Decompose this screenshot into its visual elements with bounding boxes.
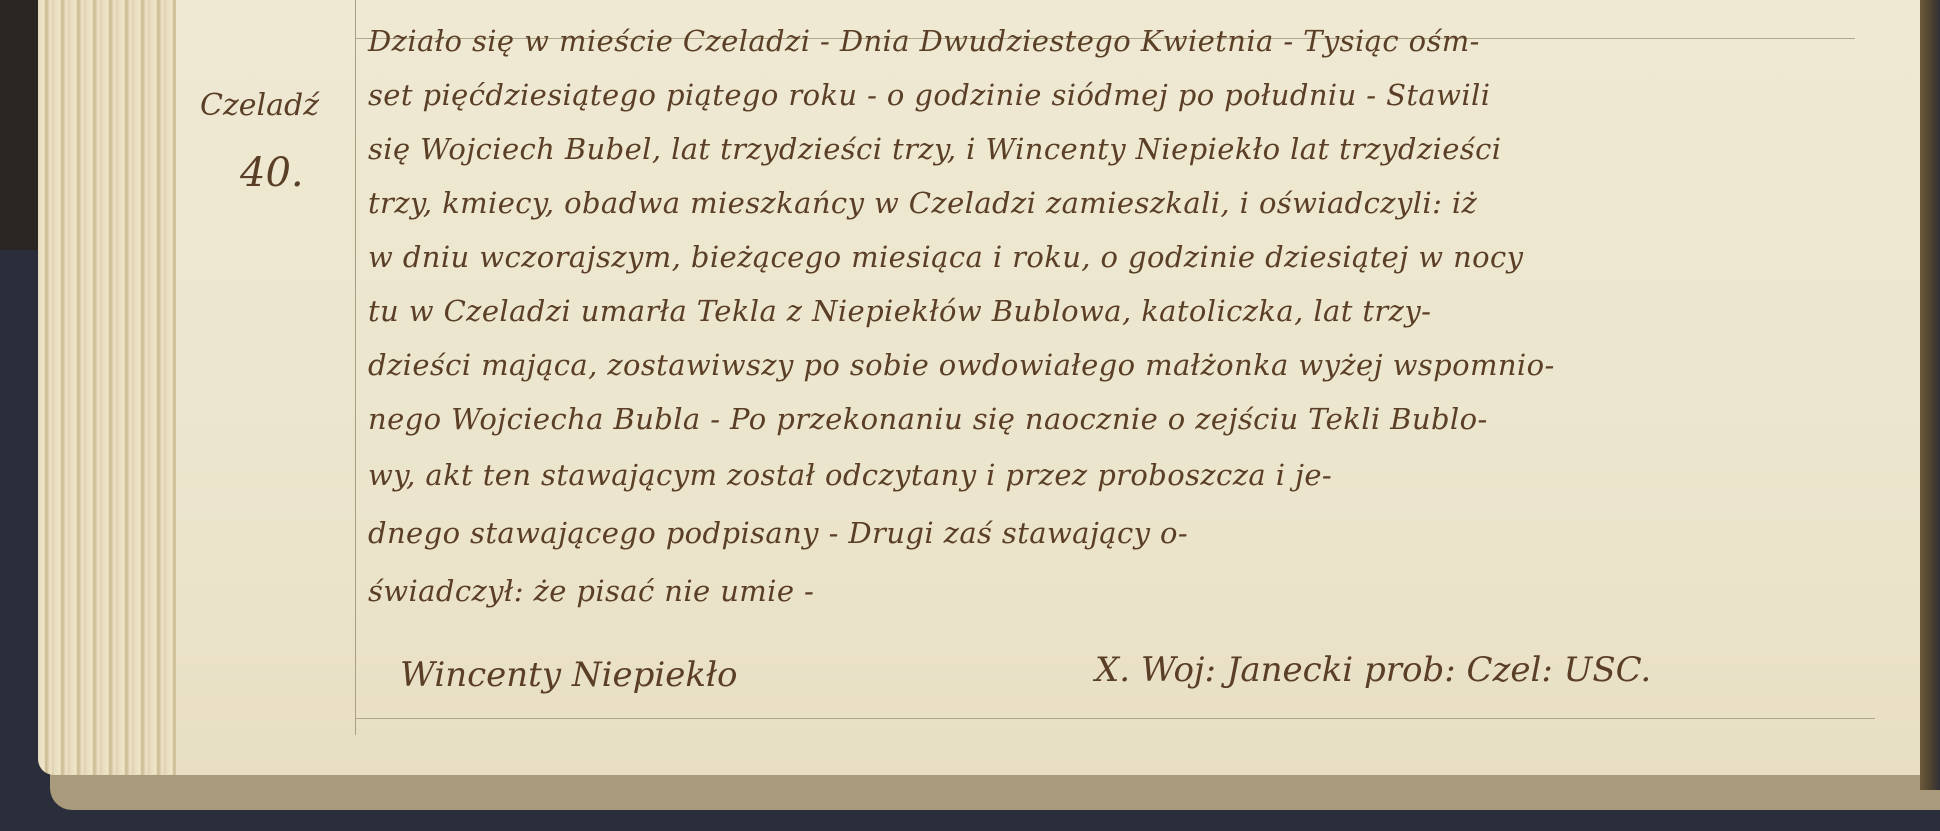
text-line: dzieści mająca, zostawiwszy po sobie owd…: [368, 338, 1913, 392]
text-line: nego Wojciecha Bubla - Po przekonaniu si…: [368, 392, 1913, 446]
text-line: set pięćdziesiątego piątego roku - o god…: [368, 68, 1913, 122]
text-line: tu w Czeladzi umarła Tekla z Niepiekłów …: [368, 284, 1913, 338]
record-text: Działo się w mieście Czeladzi - Dnia Dwu…: [368, 14, 1913, 620]
book-cloth-edge: [50, 770, 1940, 810]
margin-place-name: Czeladź: [200, 88, 319, 123]
book-gutter: [1920, 0, 1940, 790]
text-line: dnego stawającego podpisany - Drugi zaś …: [368, 504, 1913, 562]
margin-rule: [355, 0, 356, 735]
text-line: Działo się w mieście Czeladzi - Dnia Dwu…: [368, 14, 1913, 68]
dark-background: [0, 0, 40, 250]
text-line: wy, akt ten stawającym został odczytany …: [368, 446, 1913, 504]
entry-number: 40.: [240, 150, 304, 196]
page-edges-stack: [38, 0, 178, 775]
text-line: świadczył: że pisać nie umie -: [368, 562, 1913, 620]
bottom-rule: [355, 718, 1875, 719]
text-line: się Wojciech Bubel, lat trzydzieści trzy…: [368, 122, 1913, 176]
text-line: trzy, kmiecy, obadwa mieszkańcy w Czelad…: [368, 176, 1913, 230]
text-line: w dniu wczorajszym, bieżącego miesiąca i…: [368, 230, 1913, 284]
official-signature: X. Woj: Janecki prob: Czel: USC.: [1095, 650, 1651, 690]
witness-signature: Wincenty Niepiekło: [400, 655, 737, 695]
